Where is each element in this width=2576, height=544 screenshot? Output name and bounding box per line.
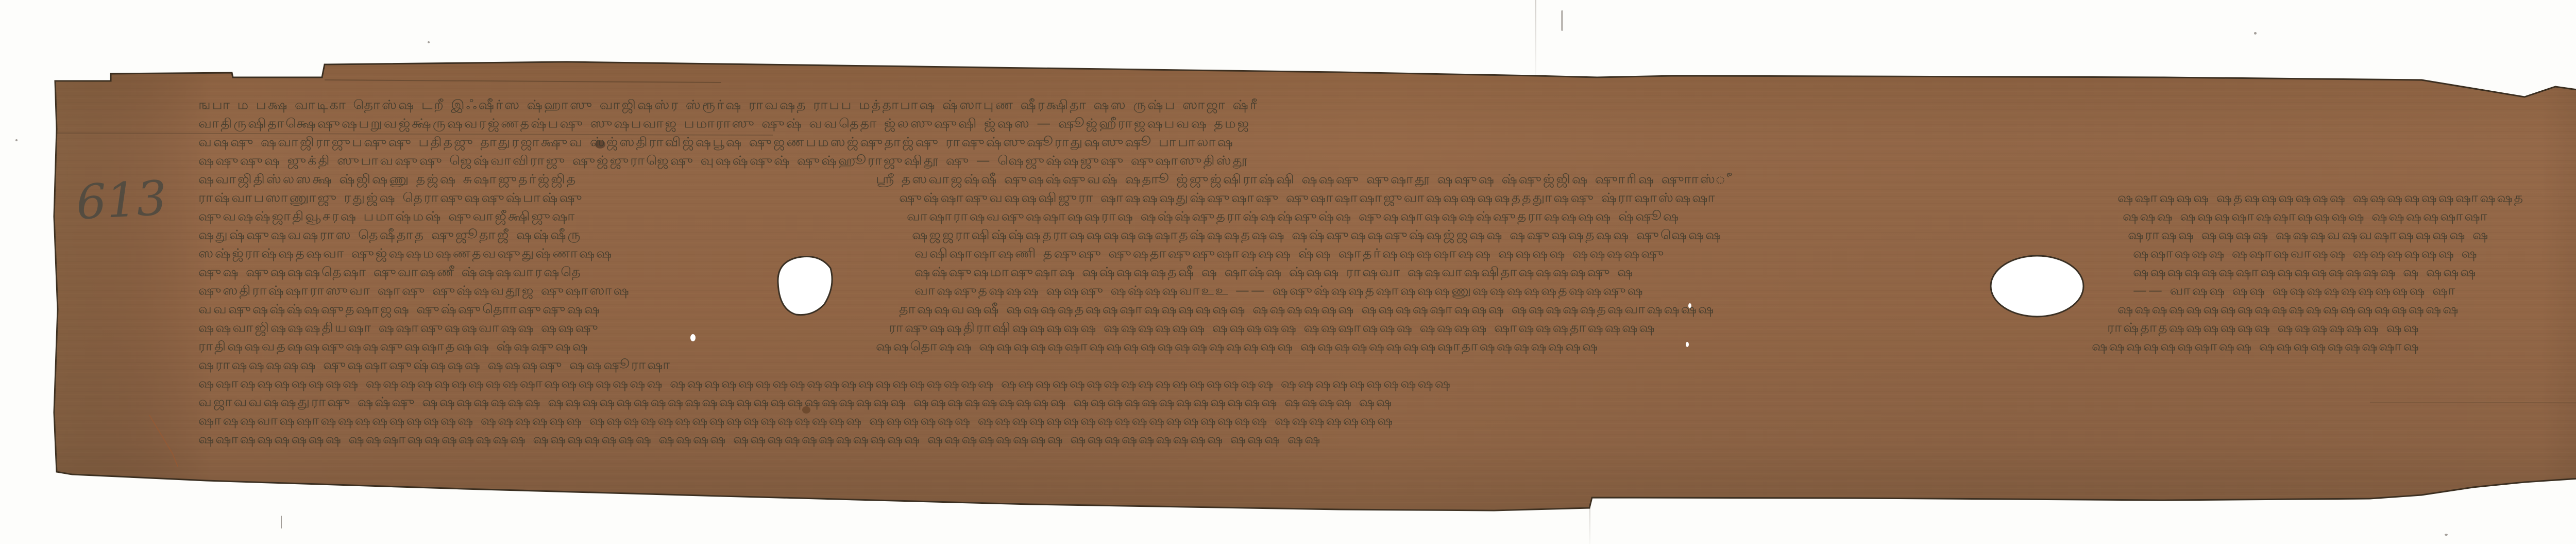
manuscript-line: வாதிருஷிதாக்ஷெஷுஷபறுவஜ்க்ஷ்ருஷவரஜ்ணதஷ்பஷ… — [198, 115, 2558, 132]
manuscript-line: வாஷாராஷவஷுஷஷாஷஷராஷ ஷஷ்ஷ்ஷுதராஷ்ஷஷ்ஷுஷ்ஷ … — [907, 208, 1917, 225]
manuscript-line: வஷஷு ஷவாஜிராஜுபஷுஷு பதிதஜு தாதுரஜாக்ஷுவ … — [198, 134, 2558, 151]
manuscript-line: ராஷுஷஷதிராஷிஷஷஷஷஷ ஷஷஷஷஷஷ ஷஷஷஷஷ ஷஷஷாஷஷஷ ஷ… — [889, 319, 1950, 336]
manuscript-line: ஸஷ்ஜ்ராஷ்ஷதஷவா ஷுஜ்ஷஷமஷணதவஷுதுஷ்ணாஷஷ — [198, 245, 734, 262]
manuscript-line: ஷாஷஷவாஷஷாஷஷஷஷஷஷஷஷஷ ஷஷஷஷஷஷ ஷஷஷஷஷஷஷஷஷஷஷஷஷஷ… — [198, 412, 2558, 429]
manuscript-line: ஷஜஜராஷிஷ்ஷ்ஷதராஷஷஷஷஷஷாதஷ்ஷஷதஷஷ ஷஷ்ஷுஷஷஷு… — [912, 226, 1922, 243]
manuscript-line: ராதிஷஷவதஷஷஷுஷஷஷுஷஷாதஷஷ ஷ்ஷஷுஷஷ — [198, 338, 744, 355]
manuscript-line: ஷுவஷஷ்ஜாதிவூசரஷ பமாஷ்மஷ் ஷுவாஜீக்ஷிஜுஷா — [198, 208, 744, 225]
manuscript-line: ஷதுஷ்ஷுஷவஷராஸ தெஷீதாத ஷுஜூதாஜீ ஷஷ்ஷீரு — [198, 226, 739, 243]
manuscript-line: ஷஷாஷஷஷஷஷஷஷ ஷஷஷஷஷஷஷஷஷஷாஷஷஷஷஷஷஷ ஷஷஷஷஷஷஷஷஷஷ… — [198, 375, 2558, 392]
manuscript-line: ராஷ்தாதஷஷஷஷஷஷ ஷஷஷஷஷஷ ஷஷ — [2107, 319, 2555, 336]
manuscript-line: ஸ்ரீ தஸவாஜஷ்ஷீ ஷுஷஷ்ஷுவஷ் ஷதாூ ஜ்ஜுஜ்ஷிர… — [876, 171, 1989, 188]
manuscript-line: வாஷஷுதஷஷஷ ஷஷஷு ஷஷ்ஷஷவாஉஉ —— ஷஷுஷ்ஷஷதஷாஷஷ… — [914, 282, 1919, 299]
manuscript-line: தாஷஷவஷஷீ ஷஷஷஷதஷஷஷாஷஷஷஷஷஷ ஷஷஷஷஷஷ ஷஷஷஷஷாஷஷ… — [899, 301, 1929, 318]
manuscript-line: —— வாஷஷ ஷஷ ஷஷஷஷஷஷஷஷஷ ஷா — [2133, 282, 2555, 299]
manuscript-line: ஙபா ம பக்ஷ வாடிகா தொஸ்ஷ டறீ இஃஷீர்ஸ ஷ்ஹா… — [198, 96, 2558, 113]
manuscript-line: ஷஷஷஷஷஷஷஷஷஷஷஷஷஷஷஷஷஷஷஷ — [2117, 301, 2555, 318]
manuscript-line: ஷுஷ்ஷாஷுவஷஷஷிஜுரா ஷாஷஷஷதுஷ்ஷுஷாஷு ஷுஷாஷா… — [899, 189, 1929, 206]
manuscript-line: ஷஷாஷஷஷஷஷஷ ஷஷஷாஷஷஷஷஷஷஷ ஷஷஷஷஷஷஷ ஷஷஷஷ ஷஷஷஷஷ… — [198, 431, 2558, 448]
manuscript-line: ஷஷ்ஷுஷமாஷுஷாஷ ஷஷ்ஷஷஷதஷீ ஷ ஷாஷ்ஷ ஷ்ஷஷ ராஷ… — [914, 263, 1919, 281]
manuscript-line: ஷஷதொஷஷ ஷஷஷஷஷஷாஷஷஷஷஷஷஷஷஷஷஷஷ ஷஷஷஷஷஷஷஷஷாதாஷ… — [876, 338, 1968, 355]
manuscript-line: ஷஷஷஷஷஷஷாஷஷஷஷஷஷஷஷ ஷ ஷஷஷ — [2133, 263, 2555, 281]
manuscript-line: ஷுஷ ஷுஷஷஷதெஷா ஷுவாஷணீ ஷ்ஷஷவாரஷதெ — [198, 263, 729, 281]
left-margin-annotation: 613 — [75, 170, 168, 230]
manuscript-line: ஷஷவாஜிஷஷஷதியஷா ஷஷாஷுஷஷவாஷஷ ஷஷஷு — [198, 319, 734, 336]
manuscript-line: வவஷுஷஷ்ஷ்ஷஷுதஷாஜஷ ஷுஷ்ஷுதொாஷுஷுஷஷ — [198, 301, 729, 318]
manuscript-line: ஷஷஷ ஷஷஷஷாஷஷாஷஷஷஷ ஷஷஷஷஷாஷா — [2123, 208, 2555, 225]
manuscript-line: ஷஷாஷஷஷ ஷதஷஷஷஷஷஷ ஷஷஷஷஷஷஷாஷஷத — [2117, 189, 2555, 206]
manuscript-line: ஷுஸதிராஷ்ஷாராஸுவா ஷாஷு ஷுஷ்ஷவதூஜ ஷுஷாஸாஷ — [198, 282, 729, 299]
manuscript-line: வஜாவவஷஷதுராஷு ஷஷ்ஷு ஷஷஷஷஷஷஷ ஷஷஷஷஷஷஷஷஷஷஷஷ… — [198, 393, 2558, 410]
manuscript-line: ஷராஷஷ ஷஷஷஷ ஷஷஷவஷவஷாஷஷஷஷ ஷ — [2128, 226, 2555, 243]
manuscript-line: ராஷ்வாபஸாணுாஜு ரதுஜ்ஷ தெராஷுஷஷுஷ்பாஷ்ஷு — [198, 189, 755, 206]
manuscript-line: ஷவாஜிதிஸ்லஸக்ஷ ஷ்ஜிஷணு தஜ்ஷ சுஷாஜுதர்ஜ்ஜ… — [198, 171, 765, 188]
manuscript-line: வஷிஷாஷாஷணி தஷுஷு ஷுஷதாஷுஷுஷாஷஷஷ ஷ்ஷ ஷாதர… — [914, 245, 1919, 262]
manuscript-line: ஷஷாஷஷஷ ஷஷாஷவாஷஷ ஷஷஷஷஷஷ ஷ — [2133, 245, 2555, 262]
manuscript-line: ஷஷஷஷஷஷஷாஷஷ ஷஷஷஷஷஷஷஷாஷ — [2092, 338, 2555, 355]
manuscript-line: ஷராஷஷஷஷஷ ஷுஷஷாஷுஷ்ஷஷஷ ஷஷஷஷு ஷஷஷூராஷா — [198, 356, 765, 373]
right-string-hole — [1991, 256, 2083, 317]
manuscript-line: ஷஷுஷுஷ ஜுக்தி ஸுபாவஷுஷு ஜெஷ்வாவிராஜு ஷுஜ… — [198, 152, 2558, 169]
